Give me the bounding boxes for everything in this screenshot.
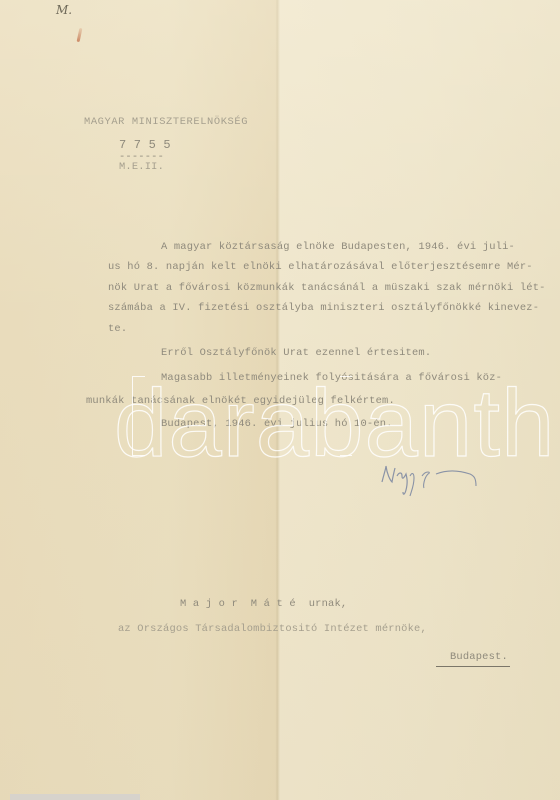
- body-line-4: számába a IV. fizetési osztályba miniszt…: [108, 303, 539, 313]
- paper-edge: [10, 794, 140, 800]
- body-line-3: nök Urat a fővárosi közmunkák tanácsánál…: [108, 283, 546, 293]
- body-line-6: Erről Osztályfőnök Urat ezennel értesite…: [161, 348, 431, 358]
- department-code: M.E.II.: [119, 162, 164, 172]
- body-line-1: A magyar köztársaság elnöke Budapesten, …: [161, 242, 515, 252]
- city-underline: [436, 666, 510, 667]
- corner-handwritten-mark: M.: [56, 3, 72, 17]
- recipient-title: az Országos Társadalombiztositó Intézet …: [118, 624, 427, 634]
- recipient-city: Budapest.: [450, 652, 508, 662]
- reference-number: 7 7 5 5: [119, 139, 171, 151]
- recipient-name: M a j o r M á t é urnak,: [180, 599, 347, 609]
- body-line-2: us hó 8. napján kelt elnöki elhatározásá…: [108, 262, 533, 272]
- watermark: darabanth: [114, 376, 555, 472]
- office-header: MAGYAR MINISZTERELNÖKSÉG: [84, 117, 248, 127]
- body-line-5: te.: [108, 324, 127, 334]
